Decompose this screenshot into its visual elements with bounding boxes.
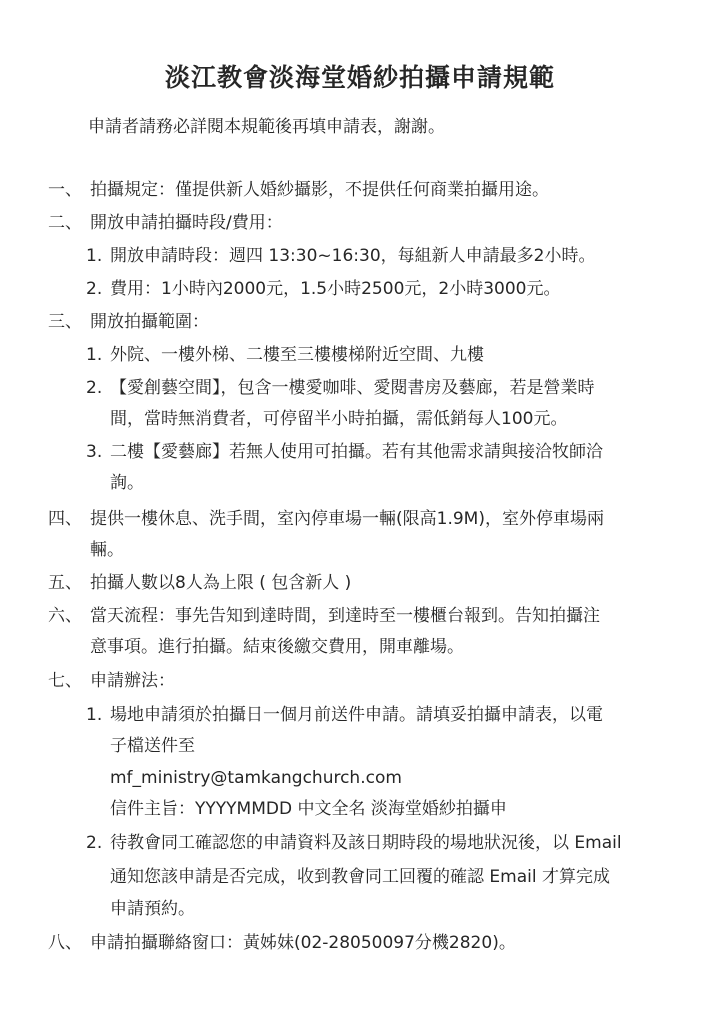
section-marker: 一、 bbox=[48, 179, 82, 201]
item-text: 二樓【愛藝廊】若無人使用可拍攝。若有其他需求請與接洽牧師洽 bbox=[110, 441, 603, 463]
section-marker: 五、 bbox=[48, 572, 82, 594]
item-text: 待教會同工確認您的申請資料及該日期時段的場地狀況後，以 Email bbox=[110, 832, 622, 854]
section-text: 意事項。進行拍攝。結束後繳交費用，開車離場。 bbox=[90, 636, 464, 658]
item-marker: 1. bbox=[86, 344, 102, 366]
item-text: 外院、一樓外梯、二樓至三樓樓梯附近空間、九樓 bbox=[110, 344, 484, 366]
section-text: 當天流程：事先告知到達時間，到達時至一樓櫃台報到。告知拍攝注 bbox=[90, 605, 600, 627]
section-marker: 八、 bbox=[48, 932, 82, 954]
item-text: 信件主旨：YYYYMMDD 中文全名 淡海堂婚紗拍攝申 bbox=[110, 798, 507, 820]
section-text: 申請拍攝聯絡窗口：黃姊妹(02-28050097分機2820)。 bbox=[90, 932, 516, 954]
item-marker: 2. bbox=[86, 278, 102, 300]
section-marker: 二、 bbox=[48, 212, 82, 234]
section-text: 開放拍攝範圍： bbox=[90, 311, 209, 333]
section-text: 開放申請拍攝時段/費用： bbox=[90, 212, 283, 234]
item-marker: 2. bbox=[86, 832, 102, 854]
item-text: 詢。 bbox=[110, 472, 144, 494]
section-text: 輛。 bbox=[90, 539, 124, 561]
item-text: 費用：1小時內2000元，1.5小時2500元，2小時3000元。 bbox=[110, 278, 560, 300]
item-text: 子檔送件至 bbox=[110, 735, 195, 757]
item-text: 開放申請時段：週四 13:30~16:30，每組新人申請最多2小時。 bbox=[110, 245, 595, 267]
section-marker: 三、 bbox=[48, 311, 82, 333]
section-marker: 七、 bbox=[48, 670, 82, 692]
item-text: 間，當時無消費者，可停留半小時拍攝，需低銷每人100元。 bbox=[110, 408, 567, 430]
item-marker: 1. bbox=[86, 245, 102, 267]
item-text: 通知您該申請是否完成，收到教會同工回覆的確認 Email 才算完成 bbox=[110, 866, 610, 888]
item-marker: 3. bbox=[86, 441, 102, 463]
item-text: 【愛創藝空間】，包含一樓愛咖啡、愛閱書房及藝廊，若是營業時 bbox=[110, 377, 595, 399]
item-marker: 2. bbox=[86, 377, 102, 399]
email-address: mf_ministry@tamkangchurch.com bbox=[110, 767, 402, 789]
item-text: 申請預約。 bbox=[110, 898, 195, 920]
section-text: 拍攝人數以8人為上限 ( 包含新人 ) bbox=[90, 572, 351, 594]
item-marker: 1. bbox=[86, 704, 102, 726]
section-marker: 六、 bbox=[48, 605, 82, 627]
item-text: 場地申請須於拍攝日一個月前送件申請。請填妥拍攝申請表，以電 bbox=[110, 704, 603, 726]
section-text: 提供一樓休息、洗手間，室內停車場一輛(限高1.9M)，室外停車場兩 bbox=[90, 508, 604, 530]
section-marker: 四、 bbox=[48, 508, 82, 530]
section-text: 申請辦法： bbox=[90, 670, 175, 692]
section-text: 拍攝規定：僅提供新人婚紗攝影，不提供任何商業拍攝用途。 bbox=[90, 179, 549, 201]
document-title: 淡江教會淡海堂婚紗拍攝申請規範 bbox=[0, 58, 720, 94]
intro-text: 申請者請務必詳閱本規範後再填申請表，謝謝。 bbox=[88, 116, 445, 138]
